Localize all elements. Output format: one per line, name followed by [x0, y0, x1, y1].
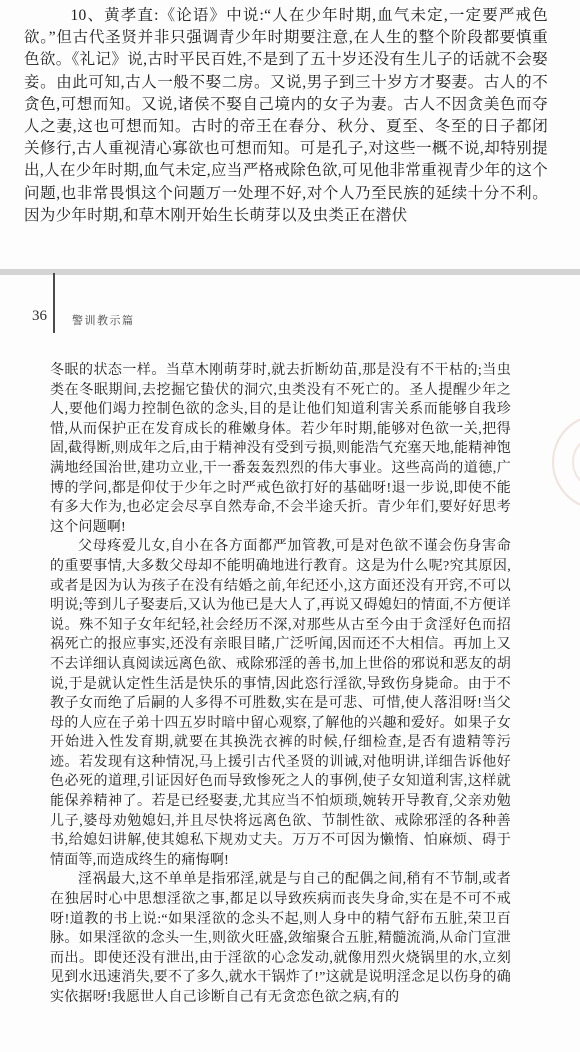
previous-page-paragraph: 10、黄孝直:《论语》中说:“人在少年时期,血气未定,一定要严戒色欲。”但古代圣…: [24, 5, 548, 227]
page-number: 36: [29, 308, 47, 325]
header-divider-line: [53, 273, 55, 333]
previous-page-content: 10、黄孝直:《论语》中说:“人在少年时期,血气未定,一定要严戒色欲。”但古代圣…: [24, 5, 548, 231]
current-page-content: 冬眠的状态一样。当草木刚萌芽时,就去折断幼苗,那是没有不干枯的;当虫类在冬眠期间…: [50, 361, 511, 1011]
page-paragraph: 父母疼爱儿女,自小在各方面都严加管教,可是对色欲不谨会伤身害命的重要事情,大多数…: [50, 537, 511, 870]
page-separator-bar: [0, 269, 580, 275]
chapter-title: 警训教示篇: [72, 312, 135, 328]
page-paragraph: 淫祸最大,这不单单是指邪淫,就是与自己的配偶之间,稍有不节制,或者在独居时心中思…: [50, 870, 511, 1007]
page-paragraph-continuation: 冬眠的状态一样。当草木刚萌芽时,就去折断幼苗,那是没有不干枯的;当虫类在冬眠期间…: [50, 361, 511, 537]
